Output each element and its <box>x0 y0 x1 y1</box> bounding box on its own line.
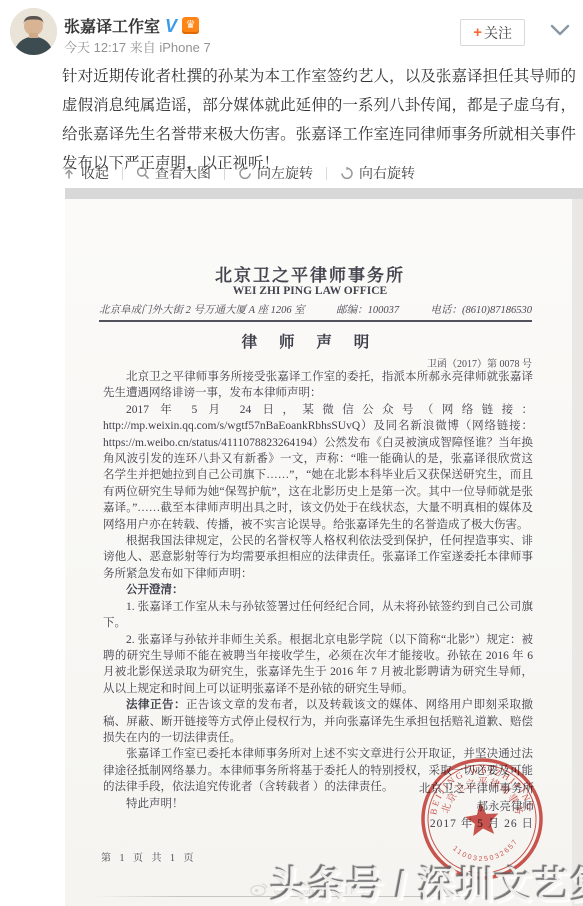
plus-icon: + <box>473 24 482 41</box>
clarification-item-1: 1. 张嘉译工作室从未与孙铱签署过任何经纪合同，从未将孙铱签约到自己公司旗下。 <box>103 599 533 632</box>
paragraph-law-basis: 根据我国法律规定，公民的名誉权等人格权利依法受到保护，任何捏造事实、诽谤他人、恶… <box>103 533 533 582</box>
document-title: 律 师 声 明 <box>85 330 535 352</box>
vip-crown-icon: ♛ <box>182 17 199 34</box>
clarification-heading: 公开澄清： <box>103 582 533 598</box>
timestamp-source[interactable]: 今天 12:17 来自 iPhone 7 <box>64 37 211 56</box>
letterhead-contact-row: 北京阜成门外大街 2 号万通大厦 A 座 1206 室 邮编：100037 电话… <box>99 302 532 317</box>
chevron-down-icon[interactable] <box>549 24 571 42</box>
image-toolbar: 收起 查看大图 向左旋转 向右旋转 <box>62 161 415 185</box>
page-number: 第 1 页 共 1 页 <box>101 849 197 864</box>
collapse-button[interactable]: 收起 <box>62 163 109 183</box>
weibo-post-page: 张嘉译工作室 V ♛ 今天 12:17 来自 iPhone 7 + 关注 针对近… <box>0 0 583 906</box>
rotate-right-button[interactable]: 向右旋转 <box>340 163 415 183</box>
view-large-button[interactable]: 查看大图 <box>136 163 211 183</box>
toolbar-divider <box>326 167 327 180</box>
avatar[interactable] <box>10 8 57 55</box>
seal-digits: 1100325032657 <box>451 837 522 867</box>
letterhead-rule <box>99 320 532 322</box>
toolbar-divider <box>224 167 225 180</box>
office-phone: 电话：(8610)87186530 <box>430 302 532 317</box>
document-body: 北京卫之平律师事务所接受张嘉译工作室的委托，指派本所郝永亮律师就张嘉译先生遭遇网… <box>103 369 533 812</box>
toolbar-divider <box>122 167 123 180</box>
follow-label: 关注 <box>484 23 512 43</box>
reference-number: 卫函（2017）第 0078 号 <box>99 355 532 370</box>
office-address: 北京阜成门外大街 2 号万通大厦 A 座 1206 室 <box>99 302 305 317</box>
paper-bottom-edge <box>95 896 525 897</box>
photo-top-edge <box>65 188 583 199</box>
collapse-label: 收起 <box>81 163 109 183</box>
paragraph-facts: 2017 年 5 月 24 日，某微信公众号（网络链接：http://mp.we… <box>103 402 533 533</box>
magnifier-icon <box>136 166 150 180</box>
view-large-label: 查看大图 <box>155 163 211 183</box>
office-postcode: 邮编：100037 <box>336 302 399 317</box>
law-office-name-cn: 北京卫之平律师事务所 <box>85 261 535 286</box>
paragraph-intro: 北京卫之平律师事务所接受张嘉译工作室的委托，指派本所郝永亮律师就张嘉译先生遭遇网… <box>103 369 533 402</box>
rotate-left-label: 向左旋转 <box>257 163 313 183</box>
official-red-seal: BEIJING WEIZHIPING 1100325032657 北京卫之平律师… <box>412 749 553 890</box>
photo-right-edge <box>572 199 583 906</box>
rotate-right-label: 向右旋转 <box>359 163 415 183</box>
svg-text:1100325032657: 1100325032657 <box>451 837 522 867</box>
legal-warning: 法律正告：正告该文章的发布者，以及转载该文的媒体、网络用户即刻采取撤稿、屏蔽、断… <box>103 697 533 746</box>
verified-v-icon: V <box>165 17 177 35</box>
name-row: 张嘉译工作室 V ♛ <box>64 14 199 37</box>
collapse-icon <box>62 166 76 180</box>
statement-document-image[interactable]: 北京卫之平律师事务所 WEI ZHI PING LAW OFFICE 北京阜成门… <box>65 188 583 906</box>
rotate-left-button[interactable]: 向左旋转 <box>238 163 313 183</box>
statement-paper: 北京卫之平律师事务所 WEI ZHI PING LAW OFFICE 北京阜成门… <box>65 199 572 906</box>
follow-button[interactable]: + 关注 <box>460 19 525 46</box>
rotate-right-icon <box>340 166 354 180</box>
law-office-name-en: WEI ZHI PING LAW OFFICE <box>85 285 535 297</box>
clarification-item-2: 2. 张嘉译与孙铱并非师生关系。根据北京电影学院（以下简称“北影”）规定：被聘的… <box>103 632 533 698</box>
avatar-image <box>10 8 57 55</box>
legal-warning-label: 法律正告： <box>126 699 186 711</box>
username[interactable]: 张嘉译工作室 <box>64 14 160 37</box>
rotate-left-icon <box>238 166 252 180</box>
